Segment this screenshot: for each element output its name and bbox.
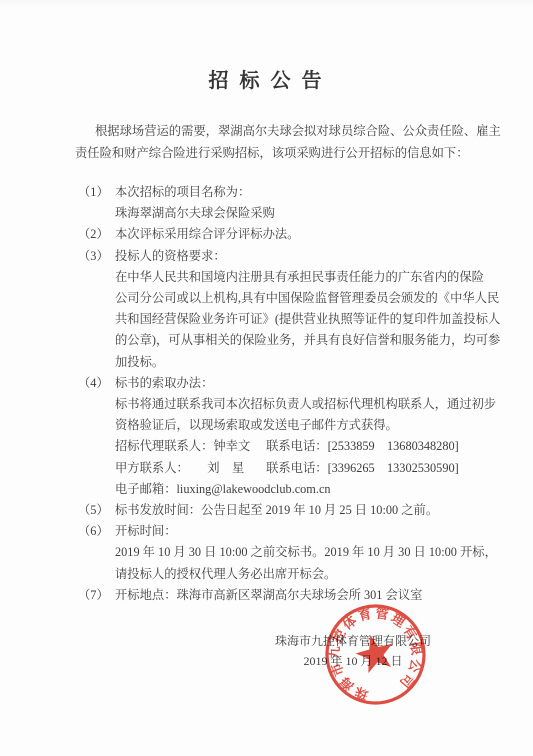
seal-text-char: 管 [374, 606, 389, 623]
intro-paragraph: 根据球场营运的需要，翠湖高尔夫球会拟对球员综合险、公众责任险、雇主 责任险和财产… [75, 120, 501, 164]
item-line: 标书发放时间：公告日起至 2019 年 10 月 25 日 10:00 之前。 [115, 500, 508, 521]
item-line: 共和国经营保险业务许可证》(提供营业执照等证件的复印件加盖投标人 [115, 309, 508, 330]
item-line: 的公章)，可从事相关的保险业务，并具有良好信誉和服务能力，均可参 [115, 330, 508, 351]
contact-person: 甲方联系人： 刘 星 [115, 458, 263, 479]
contact-email: 电子邮箱：liuxing@lakewoodclub.com.cn [115, 479, 508, 500]
item-line: 2019 年 10 月 30 日 10:00 之前交标书。2019 年 10 月… [115, 542, 508, 563]
item-line: 开标地点：珠海市高新区翠湖高尔夫球场会所 301 会议室 [115, 585, 508, 606]
list-item: （4） 标书的索取办法： 标书将通过联系我司本次招标负责人或招标代理机构联系人，… [78, 373, 508, 500]
item-line: 本次招标的项目名称为： [115, 182, 508, 203]
seal-text-char: 九 [327, 646, 343, 660]
seal-text-char: 市 [328, 661, 347, 679]
item-line: 标书将通过联系我司本次招标负责人或招标代理机构联系人，通过初步 [115, 394, 508, 415]
item-line: 请投标人的授权代理人务必出席开标会。 [115, 564, 508, 585]
item-number: （7） [78, 585, 115, 606]
item-line: 珠海翠湖高尔夫球会保险采购 [115, 203, 508, 224]
item-content: 开标地点：珠海市高新区翠湖高尔夫球场会所 301 会议室 [115, 585, 508, 606]
contact-phone: 联系电话：[3396265 13302530590] [266, 461, 459, 475]
item-line: 本次评标采用综合评分评标办法。 [115, 224, 508, 245]
item-content: 本次评标采用综合评分评标办法。 [115, 224, 508, 245]
seal-text-char: 珠 [353, 684, 370, 703]
item-line: 加投标。 [115, 352, 508, 373]
contact-phone: 联系电话：[2533859 13680348280] [266, 439, 459, 453]
company-seal-stamp: 珠海市九控体育管理有限公司 [322, 601, 429, 708]
document-page: 招 标 公 告 根据球场营运的需要，翠湖高尔夫球会拟对球员综合险、公众责任险、雇… [0, 0, 533, 756]
list-item: （6） 开标时间： 2019 年 10 月 30 日 10:00 之前交标书。2… [78, 521, 508, 585]
item-content: 开标时间： 2019 年 10 月 30 日 10:00 之前交标书。2019 … [115, 521, 508, 585]
item-line: 公司分公司或以上机构,具有中国保险监督管理委员会颁发的《中华人民 [115, 288, 508, 309]
contact-row: 招标代理联系人：钟幸文 联系电话：[2533859 13680348280] [115, 436, 508, 457]
list-item: （5） 标书发放时间：公告日起至 2019 年 10 月 25 日 10:00 … [78, 500, 508, 521]
seal-text-char: 体 [340, 613, 360, 633]
seal-text-char: 公 [406, 657, 424, 675]
intro-line: 责任险和财产综合险进行采购招标，该项采购进行公开招标的信息如下： [75, 142, 501, 164]
item-number: （2） [78, 224, 115, 245]
seal-text-char: 限 [408, 641, 425, 656]
item-line: 投标人的资格要求： [115, 246, 508, 267]
list-item: （2） 本次评标采用综合评分评标办法。 [78, 224, 508, 245]
seal-star-icon [352, 630, 398, 675]
list-item: （1） 本次招标的项目名称为： 珠海翠湖高尔夫球会保险采购 [78, 182, 508, 224]
item-content: 标书的索取办法： 标书将通过联系我司本次招标负责人或招标代理机构联系人，通过初步… [115, 373, 508, 500]
item-line: 资格验证后，以现场索取或发送电子邮件方式获得。 [115, 415, 508, 436]
seal-text-char: 有 [400, 623, 420, 642]
list-item: （3） 投标人的资格要求： 在中华人民共和国境内注册具有承担民事责任能力的广东省… [78, 246, 508, 373]
seal-text-char: 育 [357, 606, 373, 624]
item-line: 在中华人民共和国境内注册具有承担民事责任能力的广东省内的保险 [115, 267, 508, 288]
item-number: （3） [78, 246, 115, 267]
item-line: 标书的索取办法： [115, 373, 508, 394]
intro-line: 根据球场营运的需要，翠湖高尔夫球会拟对球员综合险、公众责任险、雇主 [75, 120, 501, 142]
items-list: （1） 本次招标的项目名称为： 珠海翠湖高尔夫球会保险采购 （2） 本次评标采用… [78, 182, 508, 606]
item-content: 投标人的资格要求： 在中华人民共和国境内注册具有承担民事责任能力的广东省内的保险… [115, 246, 508, 373]
seal-text-char: 司 [397, 671, 417, 691]
item-line: 开标时间： [115, 521, 508, 542]
item-number: （6） [78, 521, 115, 542]
item-number: （5） [78, 500, 115, 521]
item-number: （4） [78, 373, 115, 394]
list-item: （7） 开标地点：珠海市高新区翠湖高尔夫球场会所 301 会议室 [78, 585, 508, 606]
item-content: 标书发放时间：公告日起至 2019 年 10 月 25 日 10:00 之前。 [115, 500, 508, 521]
page-title: 招 标 公 告 [0, 64, 533, 93]
contact-row: 甲方联系人： 刘 星 联系电话：[3396265 13302530590] [115, 458, 508, 479]
contact-person: 招标代理联系人：钟幸文 [115, 436, 263, 457]
item-number: （1） [78, 182, 115, 203]
item-content: 本次招标的项目名称为： 珠海翠湖高尔夫球会保险采购 [115, 182, 508, 224]
